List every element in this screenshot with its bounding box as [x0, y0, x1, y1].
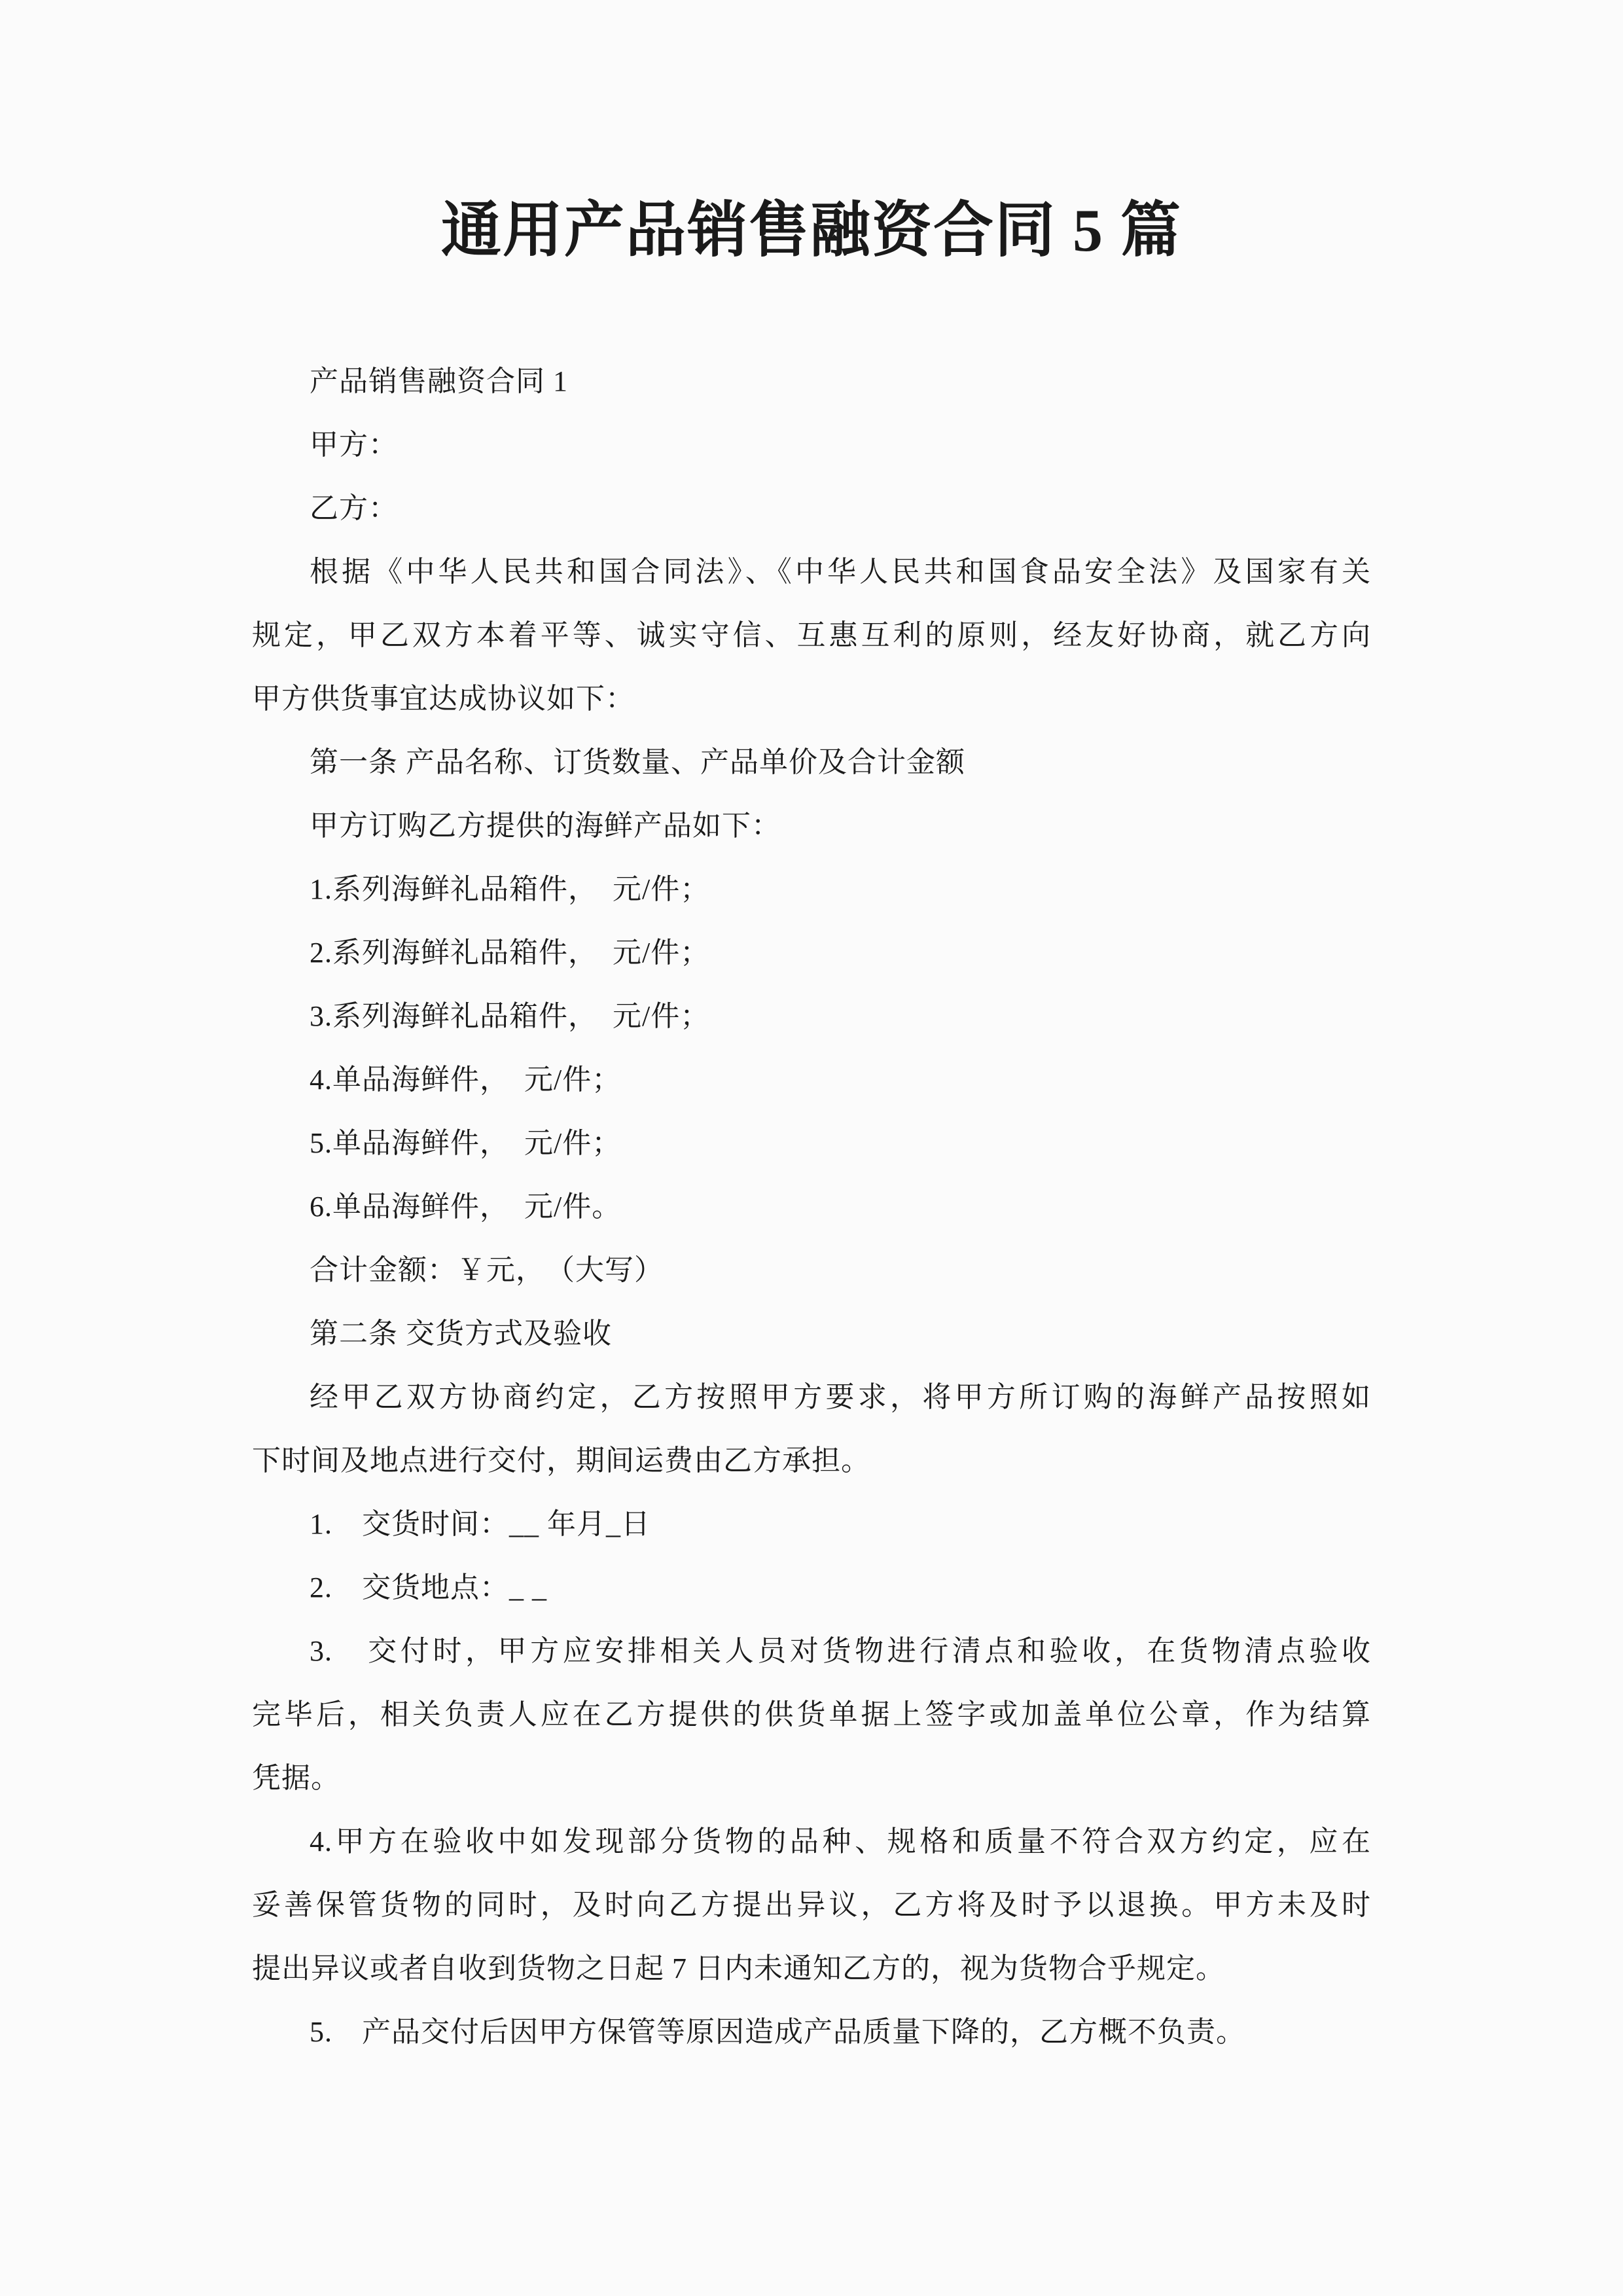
text-line: 1. 交货时间：__ 年月_日	[252, 1492, 1371, 1556]
text-line: 1.系列海鲜礼品箱件， 元/件；	[252, 857, 1371, 921]
text-line: 2. 交货地点：_ _	[252, 1556, 1371, 1619]
text-line: 规定，甲乙双方本着平等、诚实守信、互惠互利的原则，经友好协商，就乙方向	[252, 603, 1371, 667]
text-line: 下时间及地点进行交付，期间运费由乙方承担。	[252, 1429, 1371, 1492]
text-line: 5.单品海鲜件， 元/件；	[252, 1111, 1371, 1175]
text-line: 合计金额：￥元， （大写）	[252, 1238, 1371, 1302]
text-line: 凭据。	[252, 1746, 1371, 1810]
text-line: 6.单品海鲜件， 元/件。	[252, 1175, 1371, 1238]
document-title: 通用产品销售融资合同 5 篇	[0, 0, 1623, 268]
text-line: 妥善保管货物的同时，及时向乙方提出异议，乙方将及时予以退换。甲方未及时	[252, 1873, 1371, 1937]
text-line: 经甲乙双方协商约定，乙方按照甲方要求，将甲方所订购的海鲜产品按照如	[252, 1365, 1371, 1429]
text-line: 提出异议或者自收到货物之日起 7 日内未通知乙方的，视为货物合乎规定。	[252, 1937, 1371, 2000]
text-line: 乙方：	[252, 476, 1371, 540]
text-line: 第一条 产品名称、订货数量、产品单价及合计金额	[252, 730, 1371, 794]
text-line: 甲方供货事宜达成协议如下：	[252, 667, 1371, 730]
text-line: 3.系列海鲜礼品箱件， 元/件；	[252, 984, 1371, 1048]
text-line: 完毕后，相关负责人应在乙方提供的供货单据上签字或加盖单位公章，作为结算	[252, 1683, 1371, 1746]
text-line: 5. 产品交付后因甲方保管等原因造成产品质量下降的，乙方概不负责。	[252, 2000, 1371, 2064]
text-line: 4.单品海鲜件， 元/件；	[252, 1048, 1371, 1111]
text-line: 甲方：	[252, 413, 1371, 476]
text-line: 2.系列海鲜礼品箱件， 元/件；	[252, 921, 1371, 984]
text-line: 产品销售融资合同 1	[252, 350, 1371, 413]
text-line: 3. 交付时，甲方应安排相关人员对货物进行清点和验收，在货物清点验收	[252, 1619, 1371, 1683]
text-line: 4.甲方在验收中如发现部分货物的品种、规格和质量不符合双方约定，应在	[252, 1810, 1371, 1873]
text-line: 根据《中华人民共和国合同法》、《中华人民共和国食品安全法》及国家有关	[252, 540, 1371, 603]
text-line: 第二条 交货方式及验收	[252, 1302, 1371, 1365]
text-line: 甲方订购乙方提供的海鲜产品如下：	[252, 794, 1371, 857]
document-body: 产品销售融资合同 1 甲方： 乙方： 根据《中华人民共和国合同法》、《中华人民共…	[252, 350, 1371, 2064]
document-page: 通用产品销售融资合同 5 篇 产品销售融资合同 1 甲方： 乙方： 根据《中华人…	[0, 0, 1623, 2296]
